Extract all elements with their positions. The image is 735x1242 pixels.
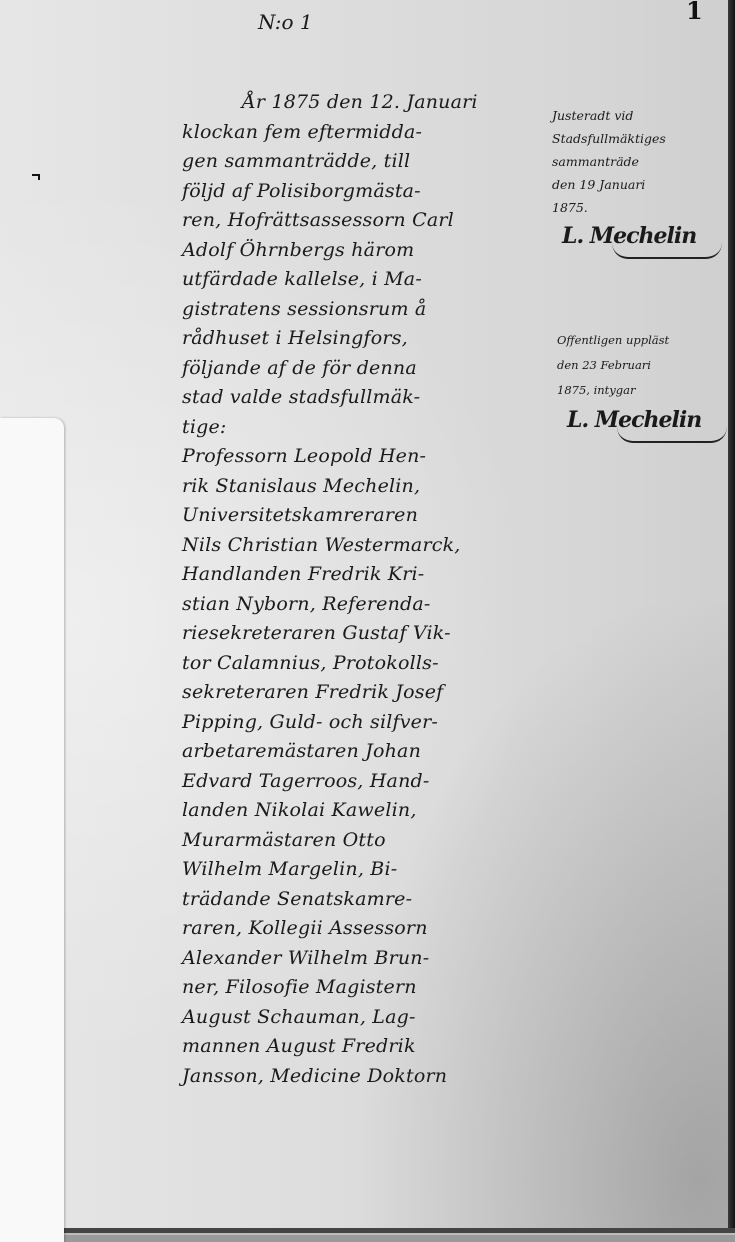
body-line: tor Calamnius, Protokolls-: [182, 649, 552, 679]
body-line: följd af Polisiborgmästa-: [182, 177, 552, 207]
body-line: arbetaremästaren Johan: [182, 737, 552, 767]
margin-note-line: Offentligen uppläst: [557, 328, 732, 353]
body-line: riesekreteraren Gustaf Vik-: [182, 619, 552, 649]
body-line: rik Stanislaus Mechelin,: [182, 472, 552, 502]
page-bottom-strip: [64, 1235, 735, 1242]
margin-note-line: den 23 Februari: [557, 353, 732, 378]
body-line: Handlanden Fredrik Kri-: [182, 560, 552, 590]
body-line: Nils Christian Westermarck,: [182, 531, 552, 561]
margin-note-adjusted: Justeradt vid Stadsfullmäktiges sammantr…: [552, 104, 727, 259]
margin-note-read-publicly: Offentligen uppläst den 23 Februari 1875…: [557, 328, 732, 443]
body-line: gen sammanträdde, till: [182, 147, 552, 177]
body-line: stad valde stadsfullmäk-: [182, 383, 552, 413]
page-right-edge: [728, 0, 735, 1230]
body-line: Alexander Wilhelm Brun-: [182, 944, 552, 974]
margin-note-line: 1875.: [552, 196, 727, 219]
body-line: följande af de för denna: [182, 354, 552, 384]
margin-note-line: Stadsfullmäktiges: [552, 127, 727, 150]
body-line: Pipping, Guld- och silfver-: [182, 708, 552, 738]
body-line: Professorn Leopold Hen-: [182, 442, 552, 472]
margin-note-line: 1875, intygar: [557, 378, 732, 403]
document-number: N:o 1: [258, 10, 313, 34]
body-line: ner, Filosofie Magistern: [182, 973, 552, 1003]
body-line: Jansson, Medicine Doktorn: [182, 1062, 552, 1092]
body-line: mannen August Fredrik: [182, 1032, 552, 1062]
body-line: rådhuset i Helsingfors,: [182, 324, 552, 354]
body-line: År 1875 den 12. Januari: [182, 88, 552, 118]
body-line: sekreteraren Fredrik Josef: [182, 678, 552, 708]
margin-note-line: sammanträde: [552, 150, 727, 173]
body-line: August Schauman, Lag-: [182, 1003, 552, 1033]
page-bottom-edge: [64, 1228, 735, 1235]
body-line: Wilhelm Margelin, Bi-: [182, 855, 552, 885]
body-line: landen Nikolai Kawelin,: [182, 796, 552, 826]
body-line: klockan fem eftermidda-: [182, 118, 552, 148]
body-line: tige:: [182, 413, 552, 443]
body-line: Murarmästaren Otto: [182, 826, 552, 856]
body-line: Adolf Öhrnbergs härom: [182, 236, 552, 266]
scanned-page: 1 N:o 1 År 1875 den 12. Januari klockan …: [0, 0, 735, 1242]
body-line: Edvard Tagerroos, Hand-: [182, 767, 552, 797]
minutes-body-text: År 1875 den 12. Januari klockan fem efte…: [182, 88, 552, 1091]
body-line: trädande Senatskamre-: [182, 885, 552, 915]
body-line: ren, Hofrättsassessorn Carl: [182, 206, 552, 236]
page-number: 1: [686, 0, 703, 25]
body-line: stian Nyborn, Referenda-: [182, 590, 552, 620]
ink-mark: [32, 174, 40, 180]
body-line: utfärdade kallelse, i Ma-: [182, 265, 552, 295]
margin-note-line: Justeradt vid: [552, 104, 727, 127]
body-line: gistratens sessionsrum å: [182, 295, 552, 325]
body-line: raren, Kollegii Assessorn: [182, 914, 552, 944]
margin-note-line: den 19 Januari: [552, 173, 727, 196]
side-overlay-panel[interactable]: [0, 418, 64, 1242]
body-line: Universitetskamreraren: [182, 501, 552, 531]
